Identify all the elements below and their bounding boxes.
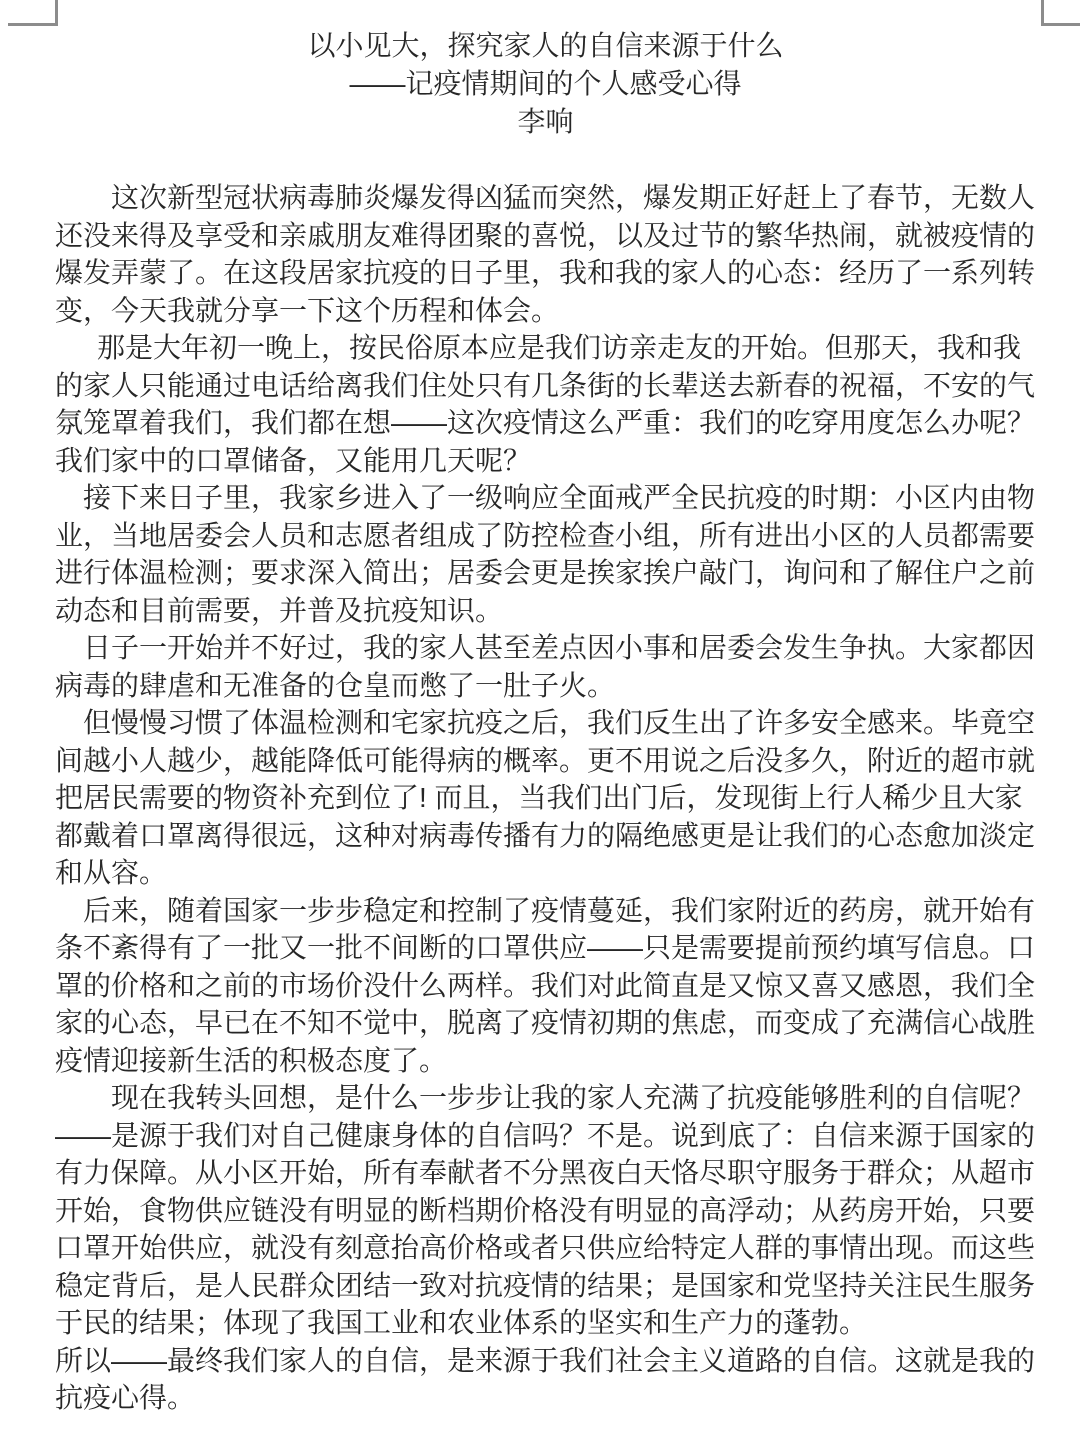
paragraph: 现在我转头回想，是什么一步步让我的家人充满了抗疫能够胜利的自信呢？——是源于我们… bbox=[55, 1079, 1036, 1342]
paragraph: 那是大年初一晚上，按民俗原本应是我们访亲走友的开始。但那天，我和我的家人只能通过… bbox=[55, 329, 1036, 479]
document-author: 李响 bbox=[55, 103, 1036, 141]
document-body: 这次新型冠状病毒肺炎爆发得凶猛而突然，爆发期正好赶上了春节，无数人还没来得及享受… bbox=[55, 179, 1036, 1417]
paragraph: 日子一开始并不好过，我的家人甚至差点因小事和居委会发生争执。大家都因病毒的肆虐和… bbox=[55, 629, 1036, 704]
paragraph: 后来，随着国家一步步稳定和控制了疫情蔓延，我们家附近的药房，就开始有条不紊得有了… bbox=[55, 892, 1036, 1080]
corner-mark-top-left-icon bbox=[8, 0, 58, 26]
document-title: 以小见大，探究家人的自信来源于什么 bbox=[55, 27, 1036, 65]
paragraph: 但慢慢习惯了体温检测和宅家抗疫之后，我们反生出了许多安全感来。毕竟空间越小人越少… bbox=[55, 704, 1036, 892]
paragraph: 所以——最终我们家人的自信，是来源于我们社会主义道路的自信。这就是我的抗疫心得。 bbox=[55, 1342, 1036, 1417]
paragraph: 接下来日子里，我家乡进入了一级响应全面戒严全民抗疫的时期：小区内由物业，当地居委… bbox=[55, 479, 1036, 629]
paragraph: 这次新型冠状病毒肺炎爆发得凶猛而突然，爆发期正好赶上了春节，无数人还没来得及享受… bbox=[55, 179, 1036, 329]
corner-mark-top-right-icon bbox=[1041, 0, 1080, 26]
document-content: 以小见大，探究家人的自信来源于什么 ——记疫情期间的个人感受心得 李响 这次新型… bbox=[0, 0, 1080, 1417]
title-block: 以小见大，探究家人的自信来源于什么 ——记疫情期间的个人感受心得 李响 bbox=[55, 27, 1036, 141]
document-subtitle: ——记疫情期间的个人感受心得 bbox=[55, 65, 1036, 103]
document-page: 以小见大，探究家人的自信来源于什么 ——记疫情期间的个人感受心得 李响 这次新型… bbox=[0, 0, 1080, 1455]
